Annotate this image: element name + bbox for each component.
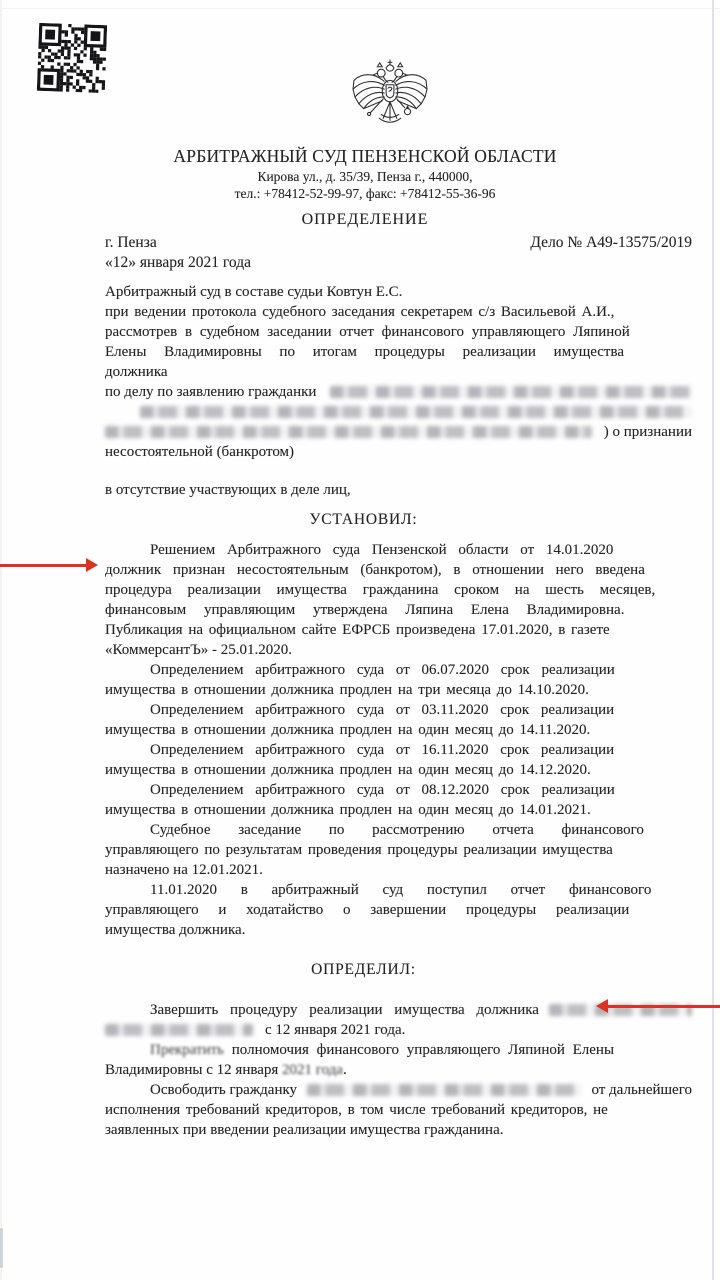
arrow-shaft (0, 564, 88, 567)
ustanovil-block: Решением Арбитражного суда Пензенской об… (105, 540, 692, 940)
resolution-text: от дальнейшего (591, 1080, 692, 1100)
intro-line: Елены Владимировны по итогам процедуры р… (105, 342, 692, 362)
photo-edge-artifact (0, 1228, 3, 1268)
resolution-text: . (343, 1062, 347, 1078)
resolution-line: заявленных при введении реализации имуще… (105, 1120, 692, 1140)
body-line: Определением арбитражного суда от 03.11.… (105, 700, 692, 720)
annotation-arrow-right (596, 999, 720, 1014)
resolution-text: полномочия финансового управляющего Ляпи… (232, 1042, 614, 1058)
court-address: Кирова ул., д. 35/39, Пенза г., 440000, (10, 168, 720, 185)
annotation-arrow-left (0, 558, 100, 573)
intro-block: Арбитражный суд в составе судьи Ковтун Е… (105, 282, 692, 500)
scanned-court-document: АРБИТРАЖНЫЙ СУД ПЕНЗЕНСКОЙ ОБЛАСТИ Киров… (0, 0, 720, 1280)
body-line: Определением арбитражного суда от 16.11.… (105, 740, 692, 760)
body-line: Публикация на официальном сайте ЕФРСБ пр… (105, 620, 692, 640)
claim-line-redacted: по делу по заявлению гражданки (105, 382, 692, 402)
intro-line: при ведении протокола судебного заседани… (105, 302, 692, 322)
absence-line: в отсутствие участвующих в деле лиц, (105, 480, 692, 500)
body-line: должник признан несостоятельным (банкрот… (105, 560, 692, 580)
body-line: Определением арбитражного суда от 06.07.… (105, 660, 692, 680)
coat-of-arms-icon (348, 58, 432, 132)
claim-text: ) о признании (604, 422, 692, 442)
claim-line-redacted: ) о признании (105, 422, 692, 442)
arrow-head-icon (596, 999, 608, 1013)
court-phone-fax: тел.: +78412-52-99-97, факс: +78412-55-3… (10, 185, 720, 202)
resolution-text: с 12 января 2021 года. (265, 1020, 405, 1040)
resolution-line: Прекратить полномочия финансового управл… (105, 1040, 692, 1060)
qr-code (37, 23, 107, 93)
body-line: имущества в отношении должника продлен н… (105, 720, 692, 740)
resolution-text-smudged: Прекратить (150, 1042, 224, 1058)
heading-ustanovil: УСТАНОВИЛ: (105, 510, 622, 530)
body-line: имущества в отношении должника продлен н… (105, 760, 692, 780)
body-line: «КоммерсантЪ» - 25.01.2020. (105, 640, 692, 660)
redaction-bar (330, 386, 692, 398)
opredelil-block: Завершить процедуру реализации имущества… (105, 1000, 692, 1140)
document-date: «12» января 2021 года (105, 253, 692, 273)
body-line: управляющего по результатам проведения п… (105, 840, 692, 860)
arrow-head-icon (86, 558, 98, 572)
claim-text: несостоятельной (банкротом) (105, 442, 692, 462)
document-header: АРБИТРАЖНЫЙ СУД ПЕНЗЕНСКОЙ ОБЛАСТИ Киров… (0, 144, 720, 231)
resolution-text: Владимировны с 12 января (105, 1062, 282, 1078)
body-line: финансовым управляющим утверждена Ляпина… (105, 600, 692, 620)
body-line: Решением Арбитражного суда Пензенской об… (105, 540, 692, 560)
resolution-text: Завершить процедуру реализации имущества… (105, 1000, 539, 1020)
body-line: назначено на 12.01.2021. (105, 860, 692, 880)
body-line: имущества в отношении должника продлен н… (105, 800, 692, 820)
intro-line: Арбитражный суд в составе судьи Ковтун Е… (105, 282, 692, 302)
resolution-line: с 12 января 2021 года. (105, 1020, 692, 1040)
arrow-shaft (604, 1005, 720, 1008)
resolution-line: исполнения требований кредиторов, в том … (105, 1100, 692, 1120)
redaction-bar (140, 406, 692, 418)
claim-line-redacted (105, 402, 692, 422)
intro-line: должника (105, 362, 692, 382)
body-line: Судебное заседание по рассмотрению отчет… (105, 820, 692, 840)
meta-row: г. Пенза Дело № А49-13575/2019 (105, 233, 692, 253)
body-line: имущества в отношении должника продлен н… (105, 680, 692, 700)
body-line: 11.01.2020 в арбитражный суд поступил от… (105, 880, 692, 900)
photo-edge-top (0, 8, 720, 9)
court-name: АРБИТРАЖНЫЙ СУД ПЕНЗЕНСКОЙ ОБЛАСТИ (10, 144, 720, 168)
document-title: ОПРЕДЕЛЕНИЕ (10, 209, 720, 231)
body-line: имущества должника. (105, 920, 692, 940)
heading-opredelil: ОПРЕДЕЛИЛ: (105, 960, 622, 980)
resolution-text-smudged: 2021 года (282, 1062, 343, 1078)
body-line: управляющего и ходатайство о завершении … (105, 900, 692, 920)
body-line: Определением арбитражного суда от 08.12.… (105, 780, 692, 800)
case-number: Дело № А49-13575/2019 (530, 233, 692, 253)
resolution-line: Освободить гражданку от дальнейшего (105, 1080, 692, 1100)
city-label: г. Пенза (105, 233, 157, 253)
resolution-text: Освободить гражданку (105, 1080, 297, 1100)
intro-line: рассмотрев в судебном заседании отчет фи… (105, 322, 692, 342)
claim-text: по делу по заявлению гражданки (105, 382, 316, 402)
redaction-bar (105, 426, 592, 438)
resolution-line: Владимировны с 12 января 2021 года. (105, 1060, 692, 1080)
body-line: процедура реализации имущества гражданин… (105, 580, 692, 600)
redaction-bar (307, 1084, 581, 1096)
redaction-bar (105, 1024, 253, 1036)
